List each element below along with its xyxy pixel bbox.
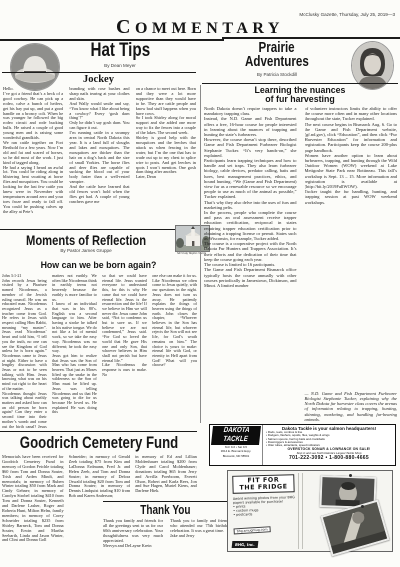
magnet-pin: [361, 505, 364, 508]
goodrich-title-text: Goodrich Cemetery Fund: [20, 434, 178, 453]
fur-title-line2: of fur harvesting: [265, 94, 334, 104]
dakota-address-line2: Bismarck, ND 58501: [223, 455, 250, 458]
fridge-door-line: [302, 473, 303, 549]
article-column: matters not earthly. We often like Nicod…: [52, 274, 97, 415]
header-rule-right: [222, 37, 400, 39]
magnet-pin: [349, 474, 352, 477]
pinned-photo-image: [323, 502, 387, 554]
dakota-tackle-ad: DAKOTA TACKLE M-F 9-6 • Sat 9-5 3614 E. …: [209, 424, 396, 466]
jockey-article-body: Hello. I’ve got a friend that’s a heck o…: [3, 87, 196, 226]
divider-rule: [202, 83, 398, 84]
article-column: Hello. I’ve got a friend that’s a heck o…: [3, 87, 63, 215]
article-column: North Dakota doesn’t require trappers to…: [204, 106, 297, 288]
fridge-ad-url: bhg.smugmug.com: [234, 527, 271, 535]
prairie-title-line2: Adventures: [245, 55, 309, 69]
dakota-tackle-ad-copy: Dakota Tackle is your salmon headquarter…: [263, 425, 395, 465]
thank-you-notes: Thank you family and friends for all the…: [103, 519, 230, 564]
hat-tips-title: Hat Tips: [56, 41, 184, 61]
fridge-photo-ad: FIT FOR THE FRIDGE Award winning photos …: [227, 470, 393, 552]
article-column: Memorials have been received for Goodric…: [2, 455, 64, 543]
moments-byline: By Pastor James Gruppe: [0, 248, 172, 253]
pinned-photo: [320, 500, 389, 557]
newspaper-page: McClusky Gazette, Thursday, July 25, 201…: [0, 0, 400, 567]
hat-tips-byline: By Dean Meyer: [56, 63, 184, 68]
goodrich-title: Goodrich Cemetery Fund: [0, 433, 197, 453]
fridge-title-line2: THE FRIDGE: [235, 483, 291, 491]
divider-rule: [0, 229, 197, 230]
moments-title-text: Moments of Reflection: [26, 232, 146, 248]
fridge-ad-title: FIT FOR THE FRIDGE: [232, 474, 294, 494]
fridge-ad-copy: FIT FOR THE FRIDGE Award winning photos …: [232, 474, 296, 536]
dakota-tackle-logo: DAKOTA TACKLE: [211, 426, 261, 445]
bhg-logo: BHG, Inc.: [232, 541, 259, 548]
article-column: on a chance to meet out here. Born and t…: [136, 87, 196, 180]
article-column: branding with rose bushes and sharp nail…: [69, 87, 129, 205]
thank-you-title: Thank You: [103, 503, 228, 518]
article-column-text: of volunteer instructors limits the abil…: [305, 106, 398, 205]
prairie-byline: By Patricia Stockdill: [204, 72, 350, 77]
article-column: in memory of Ed and Lillian Moldenhauer …: [135, 455, 197, 494]
born-again-article-body: John 3:1-21 John records Jesus being vis…: [2, 274, 197, 429]
hat-tips-title-text: Hat Tips: [90, 41, 150, 61]
article-italic-note: — N.D. Game and Fish Department Furbeare…: [305, 391, 398, 422]
article-column: so that we could have eternal life. Jesu…: [102, 274, 147, 377]
thank-you-note: Thank you to family and friends who atte…: [170, 519, 230, 539]
divider-rule: [2, 72, 196, 73]
dakota-logo-line2: TACKLE: [216, 435, 256, 444]
fur-article-body: North Dakota doesn’t require trappers to…: [204, 106, 397, 422]
born-again-article-title: How can we be born again?: [0, 260, 197, 270]
article-column: of volunteer instructors limits the abil…: [305, 106, 398, 422]
section-title-rest: OMMENTARY: [135, 20, 284, 37]
dakota-tackle-logo-block: DAKOTA TACKLE M-F 9-6 • Sat 9-5 3614 E. …: [210, 425, 263, 465]
dakota-ad-phone: 701-222-3092 • 1-800-880-4665: [266, 455, 392, 461]
thank-you-title-text: Thank You: [140, 503, 190, 517]
divider-rule: [103, 501, 228, 502]
thank-you-note: Thank you family and friends for all the…: [103, 519, 163, 548]
section-title-initial: C: [116, 16, 135, 38]
article-column: one else can make it for us. Like Nicode…: [152, 274, 197, 368]
fur-article-title: Learning the nuances of fur harvesting: [202, 86, 398, 105]
fridge-door-line: [298, 473, 299, 549]
divider-rule: [0, 431, 197, 432]
article-column: Schneider; in memory of Gerald Zeeb tota…: [69, 455, 131, 499]
column-divider-rule: [200, 85, 201, 423]
article-column: John 3:1-21 John records Jesus being vis…: [2, 274, 47, 429]
prairie-title-line1: Prairie: [259, 41, 295, 55]
jockey-article-title: Jockey: [0, 74, 197, 85]
fridge-ad-item: • postcards: [233, 511, 295, 517]
prairie-adventures-title: Prairie Adventures: [204, 41, 350, 69]
